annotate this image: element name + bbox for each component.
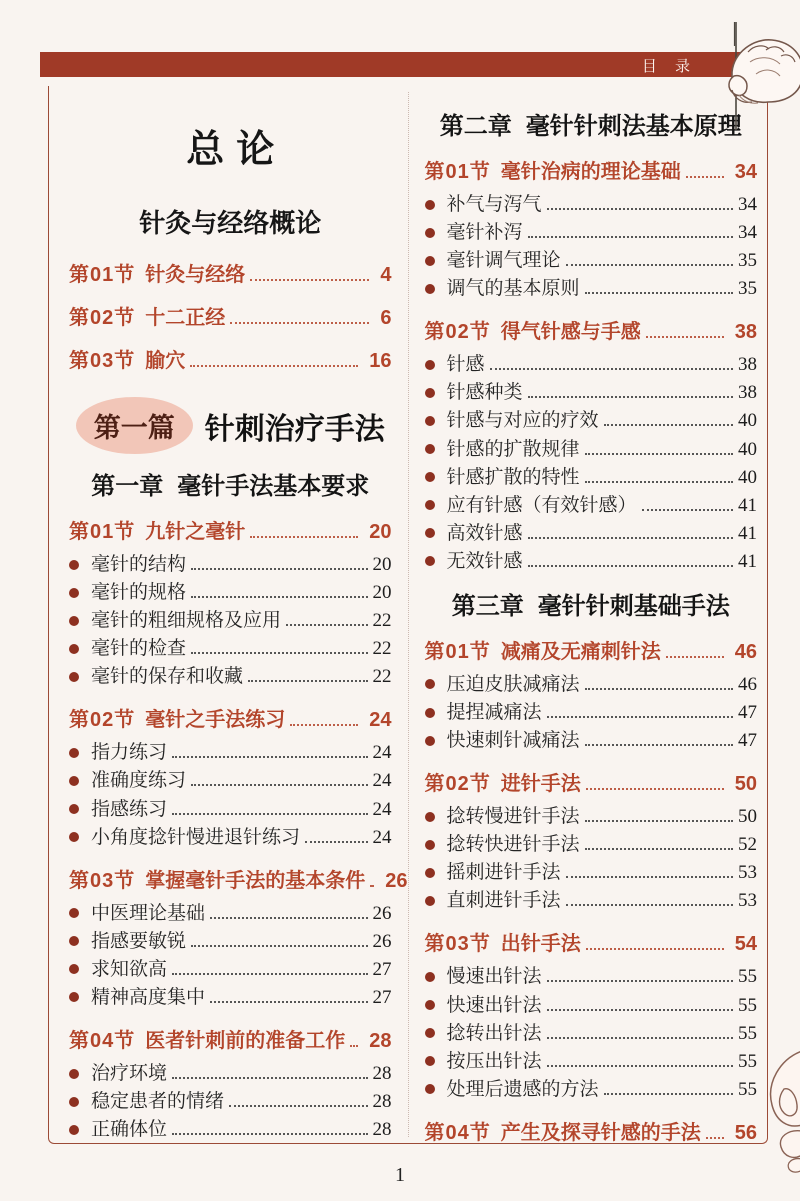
dot-leader [586, 776, 724, 790]
entry-title: 快速出针法 [447, 993, 542, 1018]
dot-leader [172, 745, 367, 759]
toc-bullet-entry: 针感扩散的特性40 [425, 465, 758, 490]
entry-title: 提捏减痛法 [447, 700, 542, 725]
dot-leader [547, 1053, 733, 1067]
toc-section-entry: 第02节毫针之手法练习24 [69, 703, 392, 732]
page-number: 41 [738, 549, 757, 574]
bullet-icon [425, 416, 435, 426]
dot-leader [290, 712, 358, 726]
toc-section-entry: 第02节进针手法50 [425, 767, 758, 796]
section-label: 第04节 [425, 1116, 491, 1144]
toc-bullet-entry: 调气的基本原则35 [425, 276, 758, 301]
entry-title: 精神高度集中 [91, 985, 205, 1010]
page-number: 26 [385, 870, 407, 893]
part-heading: 第一篇针刺治疗手法 [69, 397, 392, 454]
toc-section-entry: 第01节毫针治病的理论基础34 [425, 155, 758, 184]
toc-bullet-entry: 毫针的粗细规格及应用22 [69, 608, 392, 633]
entry-title: 正确体位 [91, 1117, 167, 1142]
dot-leader [666, 644, 724, 658]
chapter-heading: 第一章毫针手法基本要求 [69, 466, 392, 501]
dot-leader [350, 1033, 358, 1047]
page-number: 34 [738, 192, 757, 217]
page-number: 34 [735, 161, 757, 184]
section-label: 第02节 [425, 315, 491, 344]
bullet-icon [69, 776, 79, 786]
entry-title: 针感与对应的疗效 [447, 408, 599, 433]
dot-leader [585, 441, 733, 455]
page-number: 4 [380, 264, 391, 287]
chapter-heading: 第三章毫针针刺基础手法 [425, 586, 758, 621]
entry-title: 针感 [447, 352, 485, 377]
toc-bullet-entry: 指感练习24 [69, 797, 392, 822]
bullet-icon [425, 444, 435, 454]
page-number: 50 [738, 804, 757, 829]
bullet-icon [425, 840, 435, 850]
toc-column-right: 第二章毫针针刺法基本原理第01节毫针治病的理论基础34补气与泻气34毫针补泻34… [409, 86, 768, 1143]
entry-title: 中医理论基础 [91, 901, 205, 926]
section-title: 毫针之手法练习 [145, 703, 285, 732]
toc-bullet-entry: 毫针补泻34 [425, 220, 758, 245]
section-label: 第01节 [69, 258, 135, 287]
toc-section-entry: 第02节得气针感与手感38 [425, 315, 758, 344]
bullet-icon [425, 708, 435, 718]
page-number: 24 [373, 740, 392, 765]
dot-leader [585, 837, 733, 851]
section-label: 第02节 [69, 301, 135, 330]
section-title: 医者针刺前的准备工作 [145, 1024, 345, 1053]
entry-title: 毫针的保存和收藏 [91, 664, 243, 689]
page-number: 22 [373, 636, 392, 661]
dot-leader [191, 641, 367, 655]
toc-bullet-entry: 快速出针法55 [425, 993, 758, 1018]
entry-title: 针感种类 [447, 380, 523, 405]
toc-section-entry: 第04节产生及探寻针感的手法56 [425, 1116, 758, 1144]
section-title: 针灸与经络 [145, 258, 245, 287]
bullet-icon [425, 256, 435, 266]
entry-title: 针感的扩散规律 [447, 437, 580, 462]
page-number: 20 [373, 580, 392, 605]
page-number: 27 [373, 957, 392, 982]
section-label: 第03节 [425, 927, 491, 956]
dot-leader [706, 1124, 724, 1138]
dot-leader [585, 732, 733, 746]
toc-bullet-entry: 准确度练习24 [69, 768, 392, 793]
bullet-icon [425, 679, 435, 689]
dot-leader [646, 324, 724, 338]
page-number: 28 [373, 1089, 392, 1114]
dot-leader [250, 524, 358, 538]
bullet-icon [425, 736, 435, 746]
bullet-icon [69, 908, 79, 918]
hand-needle-bottom-icon [744, 1045, 800, 1173]
dot-leader [585, 281, 733, 295]
bullet-icon [425, 972, 435, 982]
toc-bullet-entry: 毫针的结构20 [69, 552, 392, 577]
page-number: 24 [369, 709, 391, 732]
dot-leader [230, 310, 369, 324]
dot-leader [229, 1093, 367, 1107]
entry-title: 压迫皮肤减痛法 [447, 672, 580, 697]
entry-title: 指感练习 [91, 797, 167, 822]
toc-section-entry: 第01节针灸与经络4 [69, 258, 392, 287]
bullet-icon [425, 360, 435, 370]
dot-leader [604, 413, 733, 427]
dot-leader [190, 353, 358, 367]
bullet-icon [425, 472, 435, 482]
dot-leader [585, 809, 733, 823]
entry-title: 摇刺进针手法 [447, 860, 561, 885]
bullet-icon [69, 804, 79, 814]
entry-title: 应有针感（有效针感） [447, 493, 637, 518]
page-number: 28 [369, 1030, 391, 1053]
dot-leader [585, 469, 733, 483]
section-label: 第02节 [69, 703, 135, 732]
dot-leader [248, 669, 367, 683]
section-title: 九针之毫针 [145, 515, 245, 544]
page-number: 28 [373, 1117, 392, 1142]
entry-title: 调气的基本原则 [447, 276, 580, 301]
page-number: 55 [738, 1021, 757, 1046]
dot-leader [286, 612, 367, 626]
section-label: 第01节 [425, 635, 491, 664]
page-number: 46 [735, 641, 757, 664]
entry-title: 准确度练习 [91, 768, 186, 793]
entry-title: 毫针的结构 [91, 552, 186, 577]
toc-bullet-entry: 按压出针法55 [425, 1049, 758, 1074]
page-number: 16 [369, 350, 391, 373]
entry-title: 求知欲高 [91, 957, 167, 982]
entry-title: 针感扩散的特性 [447, 465, 580, 490]
section-label: 第03节 [69, 864, 135, 893]
entry-title: 治疗环境 [91, 1061, 167, 1086]
page-number: 38 [738, 352, 757, 377]
dot-leader [172, 1122, 367, 1136]
toc-bullet-entry: 针感38 [425, 352, 758, 377]
entry-title: 毫针补泻 [447, 220, 523, 245]
dot-leader [370, 872, 374, 886]
entry-title: 处理后遗感的方法 [447, 1077, 599, 1102]
chapter-title: 毫针手法基本要求 [177, 473, 369, 500]
toc-section-entry: 第01节减痛及无痛刺针法46 [425, 635, 758, 664]
section-label: 第02节 [425, 767, 491, 796]
page-number: 55 [738, 993, 757, 1018]
dot-leader [642, 497, 733, 511]
toc-bullet-entry: 中医理论基础26 [69, 901, 392, 926]
toc-bullet-entry: 稳定患者的情绪28 [69, 1089, 392, 1114]
dot-leader [172, 801, 367, 815]
page-number: 24 [373, 825, 392, 850]
page-number: 22 [373, 608, 392, 633]
bullet-icon [69, 992, 79, 1002]
bullet-icon [69, 964, 79, 974]
page-number: 50 [735, 773, 757, 796]
bullet-icon [425, 500, 435, 510]
dot-leader [210, 989, 367, 1003]
toc-bullet-entry: 捻转快进针手法52 [425, 832, 758, 857]
page-number: 20 [369, 521, 391, 544]
entry-title: 捻转快进针手法 [447, 832, 580, 857]
section-title: 减痛及无痛刺针法 [501, 635, 661, 664]
toc-bullet-entry: 快速刺针减痛法47 [425, 728, 758, 753]
toc-bullet-entry: 慢速出针法55 [425, 964, 758, 989]
page-number: 22 [373, 664, 392, 689]
bullet-icon [69, 616, 79, 626]
folio-page-number: 1 [0, 1164, 800, 1187]
entry-title: 补气与泻气 [447, 192, 542, 217]
bullet-icon [69, 748, 79, 758]
toc-bullet-entry: 提捏减痛法47 [425, 700, 758, 725]
toc-bullet-entry: 针感种类38 [425, 380, 758, 405]
toc-bullet-entry: 高效针感41 [425, 521, 758, 546]
bullet-icon [69, 1069, 79, 1079]
toc-bullet-entry: 针感与对应的疗效40 [425, 408, 758, 433]
bullet-icon [425, 1084, 435, 1094]
section-title: 产生及探寻针感的手法 [501, 1116, 701, 1144]
entry-title: 按压出针法 [447, 1049, 542, 1074]
toc-bullet-entry: 毫针的规格20 [69, 580, 392, 605]
toc-bullet-entry: 正确体位28 [69, 1117, 392, 1142]
dot-leader [566, 865, 733, 879]
toc-bullet-entry: 指力练习24 [69, 740, 392, 765]
bullet-icon [425, 896, 435, 906]
toc-bullet-entry: 处理后遗感的方法55 [425, 1077, 758, 1102]
dot-leader [250, 267, 369, 281]
dot-leader [547, 997, 733, 1011]
bullet-icon [69, 1125, 79, 1135]
dot-leader [191, 773, 367, 787]
bullet-icon [69, 644, 79, 654]
toc-bullet-entry: 毫针的保存和收藏22 [69, 664, 392, 689]
chapter-title: 毫针针刺基础手法 [538, 593, 730, 620]
bullet-icon [425, 388, 435, 398]
entry-title: 毫针的粗细规格及应用 [91, 608, 281, 633]
part-badge: 第一篇 [76, 397, 193, 454]
page-number: 53 [738, 860, 757, 885]
bullet-icon [69, 672, 79, 682]
page-number: 27 [373, 985, 392, 1010]
toc-bullet-entry: 毫针调气理论35 [425, 248, 758, 273]
dot-leader [528, 525, 733, 539]
dot-leader [172, 1065, 367, 1079]
bullet-icon [425, 284, 435, 294]
toc-section-entry: 第02节十二正经6 [69, 301, 392, 330]
dot-leader [686, 164, 724, 178]
section-title: 腧穴 [145, 344, 185, 373]
overview-title: 针灸与经络概论 [69, 203, 392, 240]
toc-bullet-entry: 压迫皮肤减痛法46 [425, 672, 758, 697]
dot-leader [547, 969, 733, 983]
dot-leader [172, 961, 367, 975]
bullet-icon [425, 868, 435, 878]
part-title: 针刺治疗手法 [205, 404, 385, 448]
toc-bullet-entry: 补气与泻气34 [425, 192, 758, 217]
entry-title: 直刺进针手法 [447, 888, 561, 913]
dot-leader [191, 556, 367, 570]
page-number: 40 [738, 465, 757, 490]
dot-leader [490, 357, 733, 371]
toc-bullet-entry: 求知欲高27 [69, 957, 392, 982]
dot-leader [305, 829, 367, 843]
bullet-icon [425, 1056, 435, 1066]
page-number: 38 [735, 321, 757, 344]
dot-leader [566, 252, 733, 266]
entry-title: 指感要敏锐 [91, 929, 186, 954]
toc-column-left: 总论针灸与经络概论第01节针灸与经络4第02节十二正经6第03节腧穴16第一篇针… [49, 86, 408, 1143]
header-bar: 目 录 [40, 52, 795, 77]
toc-bullet-entry: 应有针感（有效针感）41 [425, 493, 758, 518]
toc-bullet-entry: 捻转慢进针手法50 [425, 804, 758, 829]
page-number: 55 [738, 964, 757, 989]
page-number: 35 [738, 276, 757, 301]
entry-title: 捻转出针法 [447, 1021, 542, 1046]
page-number: 52 [738, 832, 757, 857]
page-number: 47 [738, 700, 757, 725]
toc-bullet-entry: 治疗环境28 [69, 1061, 392, 1086]
entry-title: 高效针感 [447, 521, 523, 546]
chapter-label: 第二章 [440, 113, 512, 140]
toc-section-entry: 第03节腧穴16 [69, 344, 392, 373]
page-number: 20 [373, 552, 392, 577]
bullet-icon [69, 832, 79, 842]
chapter-label: 第一章 [91, 473, 163, 500]
hand-holding-needle-icon [698, 16, 800, 138]
page-number: 41 [738, 493, 757, 518]
page-number: 28 [373, 1061, 392, 1086]
toc-bullet-entry: 直刺进针手法53 [425, 888, 758, 913]
page-number: 24 [373, 768, 392, 793]
entry-title: 毫针调气理论 [447, 248, 561, 273]
bullet-icon [425, 200, 435, 210]
section-label: 第01节 [425, 155, 491, 184]
dot-leader [547, 196, 733, 210]
dot-leader [547, 704, 733, 718]
bullet-icon [69, 936, 79, 946]
entry-title: 毫针的检查 [91, 636, 186, 661]
dot-leader [585, 676, 733, 690]
toc-bullet-entry: 无效针感41 [425, 549, 758, 574]
toc-bullet-entry: 毫针的检查22 [69, 636, 392, 661]
toc-bullet-entry: 精神高度集中27 [69, 985, 392, 1010]
page-number: 34 [738, 220, 757, 245]
page-number: 26 [373, 901, 392, 926]
bullet-icon [425, 528, 435, 538]
toc-section-entry: 第04节医者针刺前的准备工作28 [69, 1024, 392, 1053]
entry-title: 小角度捻针慢进退针练习 [91, 825, 300, 850]
bullet-icon [425, 1000, 435, 1010]
section-title: 毫针治病的理论基础 [501, 155, 681, 184]
page-number: 53 [738, 888, 757, 913]
dot-leader [604, 1081, 733, 1095]
toc-section-entry: 第03节掌握毫针手法的基本条件26 [69, 864, 392, 893]
dot-leader [528, 385, 733, 399]
page-number: 46 [738, 672, 757, 697]
section-title: 十二正经 [145, 301, 225, 330]
part-main-title: 总论 [69, 118, 392, 173]
dot-leader [586, 936, 724, 950]
dot-leader [191, 933, 367, 947]
toc-bullet-entry: 针感的扩散规律40 [425, 437, 758, 462]
entry-title: 捻转慢进针手法 [447, 804, 580, 829]
bullet-icon [69, 560, 79, 570]
entry-title: 无效针感 [447, 549, 523, 574]
page-number: 47 [738, 728, 757, 753]
section-title: 出针手法 [501, 927, 581, 956]
page-number: 38 [738, 380, 757, 405]
page-title: 目 录 [642, 55, 697, 76]
toc-section-entry: 第01节九针之毫针20 [69, 515, 392, 544]
dot-leader [528, 553, 733, 567]
dot-leader [210, 905, 367, 919]
section-label: 第04节 [69, 1024, 135, 1053]
bullet-icon [425, 556, 435, 566]
page-number: 6 [380, 307, 391, 330]
toc-box: 总论针灸与经络概论第01节针灸与经络4第02节十二正经6第03节腧穴16第一篇针… [48, 86, 768, 1144]
dot-leader [528, 224, 733, 238]
page-number: 26 [373, 929, 392, 954]
entry-title: 快速刺针减痛法 [447, 728, 580, 753]
section-title: 进针手法 [501, 767, 581, 796]
page-number: 41 [738, 521, 757, 546]
dot-leader [547, 1025, 733, 1039]
bullet-icon [425, 1028, 435, 1038]
entry-title: 稳定患者的情绪 [91, 1089, 224, 1114]
bullet-icon [69, 1097, 79, 1107]
entry-title: 慢速出针法 [447, 964, 542, 989]
toc-bullet-entry: 指感要敏锐26 [69, 929, 392, 954]
toc-bullet-entry: 捻转出针法55 [425, 1021, 758, 1046]
section-title: 得气针感与手感 [501, 315, 641, 344]
entry-title: 毫针的规格 [91, 580, 186, 605]
toc-bullet-entry: 小角度捻针慢进退针练习24 [69, 825, 392, 850]
entry-title: 指力练习 [91, 740, 167, 765]
section-label: 第01节 [69, 515, 135, 544]
chapter-label: 第三章 [452, 593, 524, 620]
page-number: 40 [738, 437, 757, 462]
toc-section-entry: 第03节出针手法54 [425, 927, 758, 956]
bullet-icon [425, 228, 435, 238]
toc-bullet-entry: 摇刺进针手法53 [425, 860, 758, 885]
page-number: 54 [735, 933, 757, 956]
page-number: 35 [738, 248, 757, 273]
bullet-icon [69, 588, 79, 598]
bullet-icon [425, 812, 435, 822]
dot-leader [191, 584, 367, 598]
page-number: 24 [373, 797, 392, 822]
dot-leader [566, 893, 733, 907]
page-number: 40 [738, 408, 757, 433]
section-title: 掌握毫针手法的基本条件 [145, 864, 365, 893]
section-label: 第03节 [69, 344, 135, 373]
